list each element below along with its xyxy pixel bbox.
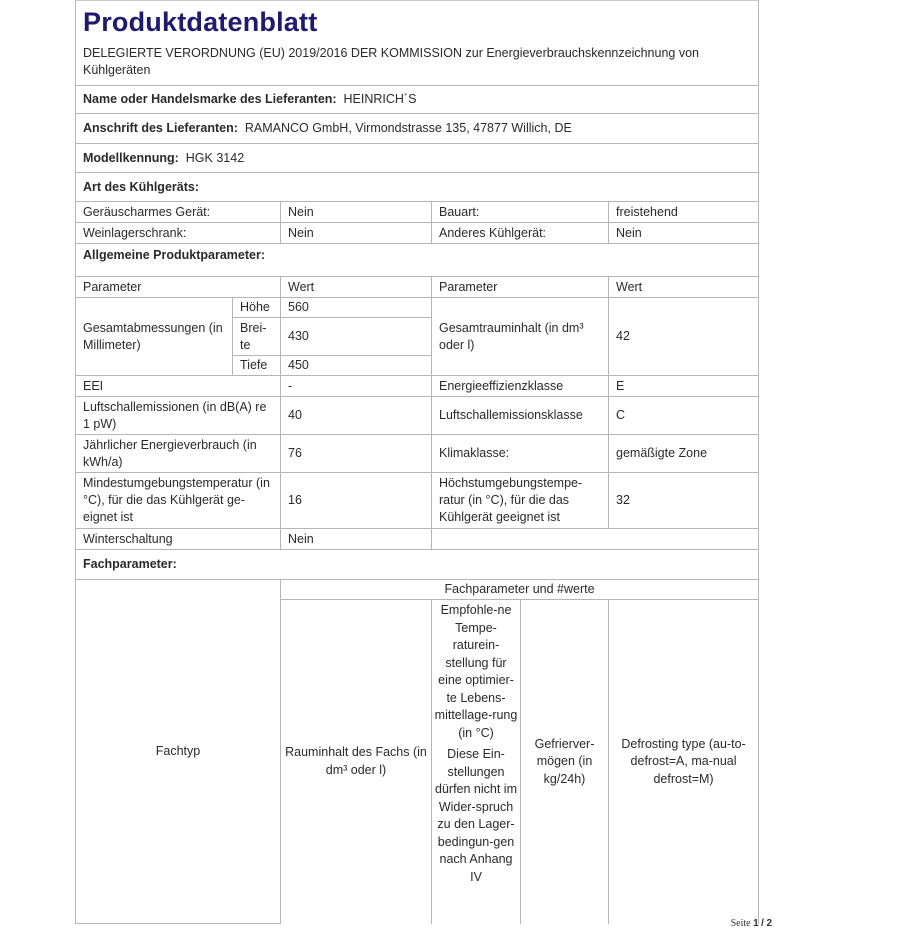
param-value: - [281, 376, 432, 397]
general-params-heading: Allgemeine Produktparameter: [76, 244, 759, 277]
column-header: Parameter [432, 277, 609, 298]
title-block: Produktdatenblatt DELEGIERTE VERORDNUNG … [76, 1, 759, 86]
regulation-subtitle: DELEGIERTE VERORDNUNG (EU) 2019/2016 DER… [83, 45, 751, 79]
supplier-name-label: Name oder Handelsmarke des Lieferanten: [83, 92, 337, 106]
freezing-capacity-header: Gefrierver-mögen (in kg/24h) [521, 600, 609, 924]
supplier-address-row: Anschrift des Lieferanten: RAMANCO GmbH,… [76, 114, 759, 144]
param-value: E [609, 376, 759, 397]
device-type-label: Bauart: [432, 202, 609, 223]
compartment-params-heading: Fachparameter: [76, 550, 759, 580]
page-title: Produktdatenblatt [83, 4, 751, 40]
param-label: Luftschallemissionsklasse [432, 397, 609, 435]
param-label: Winterschaltung [76, 529, 281, 550]
device-type-value: Nein [281, 202, 432, 223]
page-current: 1 [753, 918, 759, 929]
param-value: 16 [281, 473, 432, 529]
compartment-type-header: Fachtyp [76, 580, 281, 924]
model-label: Modellkennung: [83, 151, 179, 165]
param-label: EEI [76, 376, 281, 397]
device-type-value: Nein [609, 223, 759, 244]
dimension-value: 430 [281, 318, 432, 356]
param-value: C [609, 397, 759, 435]
supplier-address-label: Anschrift des Lieferanten: [83, 121, 238, 135]
dimensions-label: Gesamtabmessungen (in Millimeter) [76, 298, 233, 376]
supplier-name-value: HEINRICH´S [344, 92, 417, 106]
recommended-temp-text: Empfohle-ne Tempe-raturein-stellung für … [434, 602, 518, 742]
page-total: 2 [766, 918, 772, 929]
param-label: Jährlicher Energieverbrauch (in kWh/a) [76, 435, 281, 473]
param-value: Nein [281, 529, 432, 550]
param-label: Energieeffizienzklasse [432, 376, 609, 397]
empty-cell [432, 529, 759, 550]
data-sheet-table: Produktdatenblatt DELEGIERTE VERORDNUNG … [75, 0, 759, 924]
total-volume-value: 42 [609, 298, 759, 376]
param-label: Klimaklasse: [432, 435, 609, 473]
device-type-value: freistehend [609, 202, 759, 223]
recommended-temp-note: Diese Ein-stellungen dürfen nicht im Wid… [434, 746, 518, 886]
param-value: gemäßigte Zone [609, 435, 759, 473]
model-row: Modellkennung: HGK 3142 [76, 144, 759, 173]
param-value: 32 [609, 473, 759, 529]
dimension-value: 450 [281, 356, 432, 376]
defrost-type-header: Defrosting type (au-to-defrost=A, ma-nua… [609, 600, 759, 924]
device-type-value: Nein [281, 223, 432, 244]
param-label: Höchstumgebungstempe-ratur (in °C), für … [432, 473, 609, 529]
device-type-label: Geräuscharmes Gerät: [76, 202, 281, 223]
product-data-sheet: Produktdatenblatt DELEGIERTE VERORDNUNG … [75, 0, 758, 924]
param-label: Luftschallemissionen (in dB(A) re 1 pW) [76, 397, 281, 435]
column-header: Wert [609, 277, 759, 298]
device-type-label: Anderes Kühlgerät: [432, 223, 609, 244]
page-indicator: Seite 1 / 2 [731, 918, 772, 929]
page-prefix: Seite [731, 918, 751, 929]
device-type-heading: Art des Kühlgeräts: [76, 173, 759, 202]
dimension-value: 560 [281, 298, 432, 318]
dimension-name: Höhe [233, 298, 281, 318]
dimension-name: Tiefe [233, 356, 281, 376]
column-header: Parameter [76, 277, 281, 298]
supplier-name-row: Name oder Handelsmarke des Lieferanten: … [76, 86, 759, 114]
compartment-volume-header: Rauminhalt des Fachs (in dm³ oder l) [281, 600, 432, 924]
recommended-temp-header: Empfohle-ne Tempe-raturein-stellung für … [432, 600, 521, 924]
param-label: Mindestumgebungstemperatur (in °C), für … [76, 473, 281, 529]
dimension-name: Brei-te [233, 318, 281, 356]
supplier-address-value: RAMANCO GmbH, Virmondstrasse 135, 47877 … [245, 121, 572, 135]
total-volume-label: Gesamtrauminhalt (in dm³ oder l) [432, 298, 609, 376]
model-value: HGK 3142 [186, 151, 244, 165]
device-type-label: Weinlagerschrank: [76, 223, 281, 244]
param-value: 76 [281, 435, 432, 473]
page-separator: / [761, 918, 764, 929]
compartment-group-header: Fachparameter und #werte [281, 580, 759, 600]
column-header: Wert [281, 277, 432, 298]
param-value: 40 [281, 397, 432, 435]
